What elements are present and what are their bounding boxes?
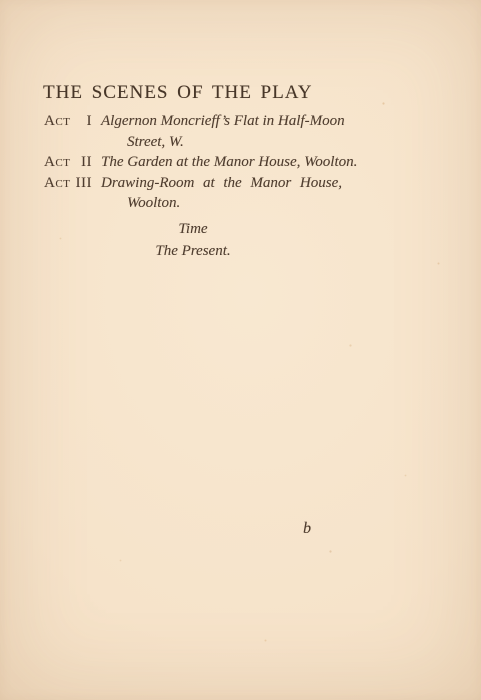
scene-row-act-3: Act III Drawing-Room at the Manor House,… — [44, 173, 342, 214]
act-numeral: II — [68, 152, 92, 173]
book-page: THE SCENES OF THE PLAY Act I Algernon Mo… — [0, 0, 481, 700]
scene-line: Algernon Moncrieff’s Flat in Half-Moon — [101, 111, 342, 132]
paper-speckles — [0, 0, 1, 1]
scene-description: Drawing-Room at the Manor House, Woolton… — [101, 173, 342, 214]
act-label: Act — [44, 173, 70, 194]
scene-list: Act I Algernon Moncrieff’s Flat in Half-… — [44, 111, 342, 214]
scene-line: Woolton. — [101, 193, 342, 214]
scene-row-act-2: Act II The Garden at the Manor House, Wo… — [44, 152, 342, 173]
signature-mark: b — [303, 519, 311, 539]
time-value: The Present. — [44, 240, 342, 262]
act-label: Act — [44, 111, 70, 132]
act-numeral: III — [68, 173, 92, 194]
paper-vignette — [0, 0, 481, 700]
scene-row-act-1: Act I Algernon Moncrieff’s Flat in Half-… — [44, 111, 342, 152]
act-numeral: I — [68, 111, 92, 132]
page-title: THE SCENES OF THE PLAY — [43, 83, 312, 102]
scene-line: Drawing-Room at the Manor House, — [101, 173, 342, 194]
time-block: Time The Present. — [44, 218, 342, 262]
scene-description: The Garden at the Manor House, Woolton. — [101, 152, 342, 173]
act-label: Act — [44, 152, 70, 173]
time-heading: Time — [44, 218, 342, 240]
scene-description: Algernon Moncrieff’s Flat in Half-Moon S… — [101, 111, 342, 152]
scene-line: Street, W. — [101, 132, 342, 153]
scene-line: The Garden at the Manor House, Woolton. — [101, 152, 342, 173]
